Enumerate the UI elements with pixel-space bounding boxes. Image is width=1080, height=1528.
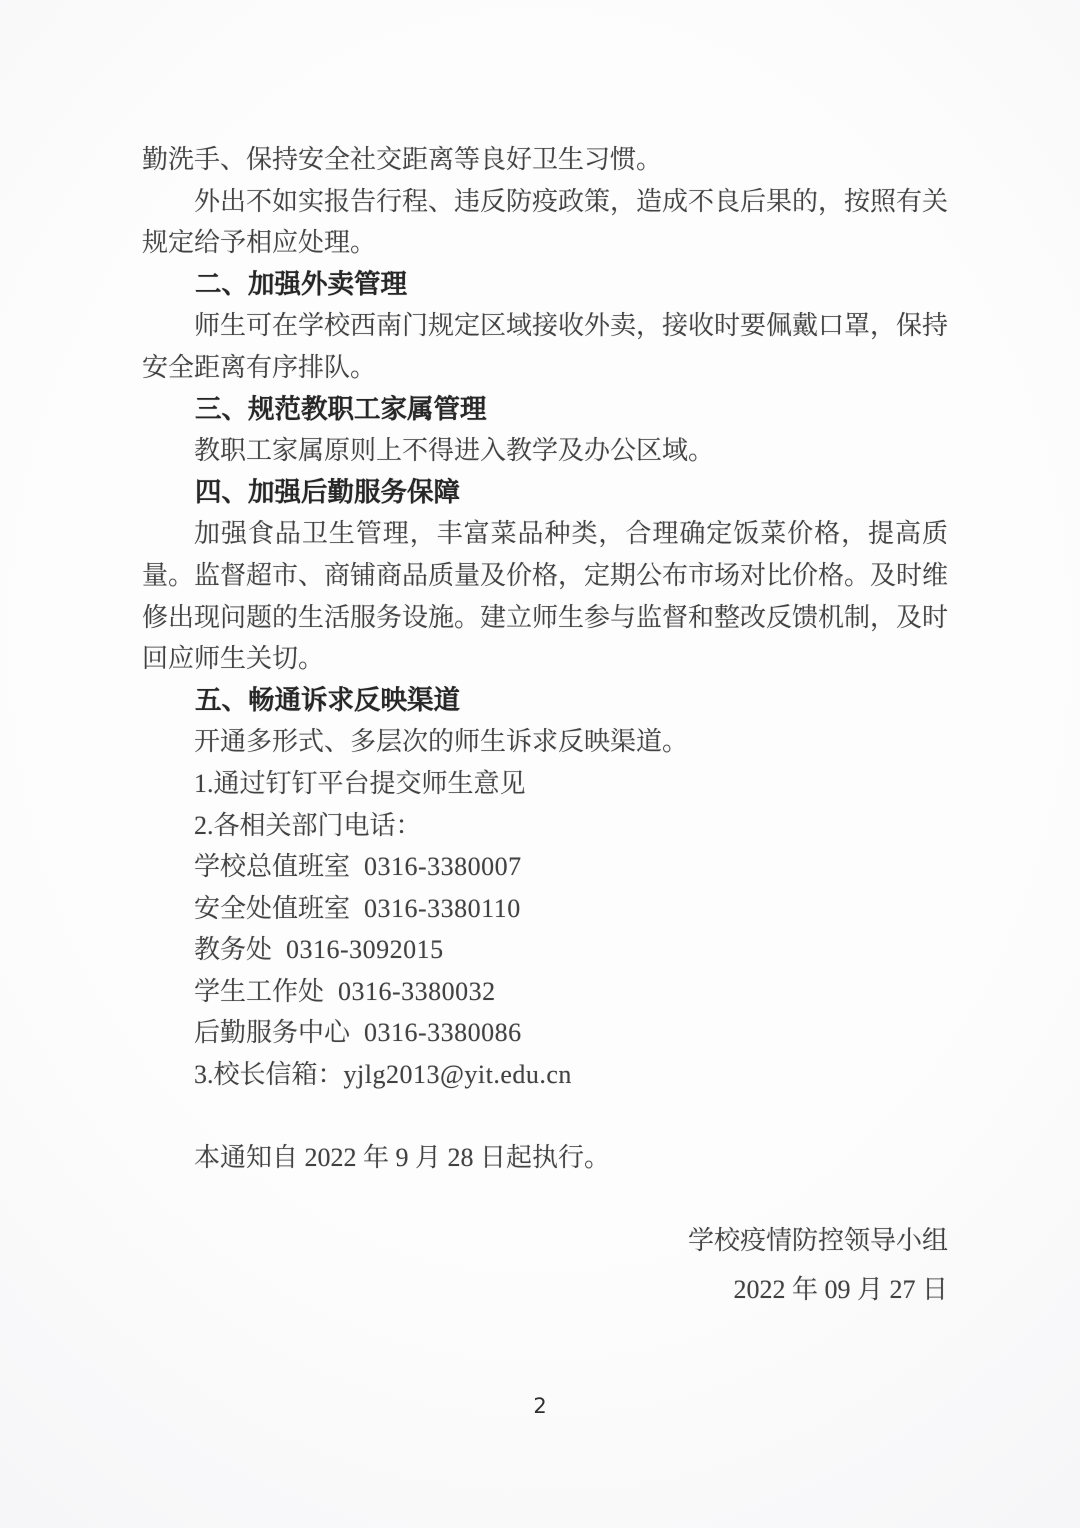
section-3-heading: 三、规范教职工家属管理 (142, 389, 948, 431)
phone-number: 0316-3380007 (364, 852, 522, 881)
section-2-body: 师生可在学校西南门规定区域接收外卖，接收时要佩戴口罩，保持安全距离有序排队。 (142, 305, 948, 388)
section-2-heading: 二、加强外卖管理 (142, 264, 948, 306)
phone-row-logistics-center: 后勤服务中心0316-3380086 (142, 1012, 948, 1054)
blank-line (142, 1179, 948, 1221)
phone-dept: 学校总值班室 (194, 852, 350, 881)
phone-dept: 安全处值班室 (194, 894, 350, 923)
signature-org: 学校疫情防控领导小组 (142, 1220, 948, 1262)
document-body: 勤洗手、保持安全社交距离等良好卫生习惯。 外出不如实报告行程、违反防疫政策，造成… (142, 139, 948, 1311)
phone-row-student-affairs: 学生工作处0316-3380032 (142, 971, 948, 1013)
mailbox-row: 3.校长信箱：yjlg2013@yit.edu.cn (142, 1054, 948, 1096)
section-4-heading: 四、加强后勤服务保障 (142, 472, 948, 514)
phone-dept: 后勤服务中心 (194, 1018, 350, 1047)
phone-number: 0316-3380032 (338, 977, 496, 1006)
paragraph-hygiene-continuation: 勤洗手、保持安全社交距离等良好卫生习惯。 (142, 139, 948, 181)
page-number: 2 (0, 1394, 1080, 1418)
section-4-body: 加强食品卫生管理，丰富菜品种类，合理确定饭菜价格，提高质量。监督超市、商铺商品质… (142, 513, 948, 679)
mailbox-label: 3.校长信箱： (194, 1060, 344, 1089)
section-5-intro: 开通多形式、多层次的师生诉求反映渠道。 (142, 721, 948, 763)
channel-item-dingtalk: 1.通过钉钉平台提交师生意见 (142, 763, 948, 805)
phone-number: 0316-3092015 (286, 935, 444, 964)
blank-line (142, 1096, 948, 1138)
section-5-heading: 五、畅通诉求反映渠道 (142, 680, 948, 722)
phone-dept: 教务处 (194, 935, 272, 964)
phone-number: 0316-3380110 (364, 894, 521, 923)
effective-date-line: 本通知自 2022 年 9 月 28 日起执行。 (142, 1137, 948, 1179)
scanned-notice-page: 勤洗手、保持安全社交距离等良好卫生习惯。 外出不如实报告行程、违反防疫政策，造成… (0, 0, 1080, 1528)
channel-item-phone-label: 2.各相关部门电话： (142, 805, 948, 847)
section-3-body: 教职工家属原则上不得进入教学及办公区域。 (142, 430, 948, 472)
phone-number: 0316-3380086 (364, 1018, 522, 1047)
phone-dept: 学生工作处 (194, 977, 324, 1006)
paragraph-travel-report: 外出不如实报告行程、违反防疫政策，造成不良后果的，按照有关规定给予相应处理。 (142, 181, 948, 264)
mailbox-email: yjlg2013@yit.edu.cn (344, 1060, 572, 1089)
phone-row-security-duty: 安全处值班室0316-3380110 (142, 888, 948, 930)
signature-date: 2022 年 09 月 27 日 (142, 1269, 948, 1311)
phone-row-main-duty: 学校总值班室0316-3380007 (142, 846, 948, 888)
phone-row-academic-affairs: 教务处0316-3092015 (142, 929, 948, 971)
